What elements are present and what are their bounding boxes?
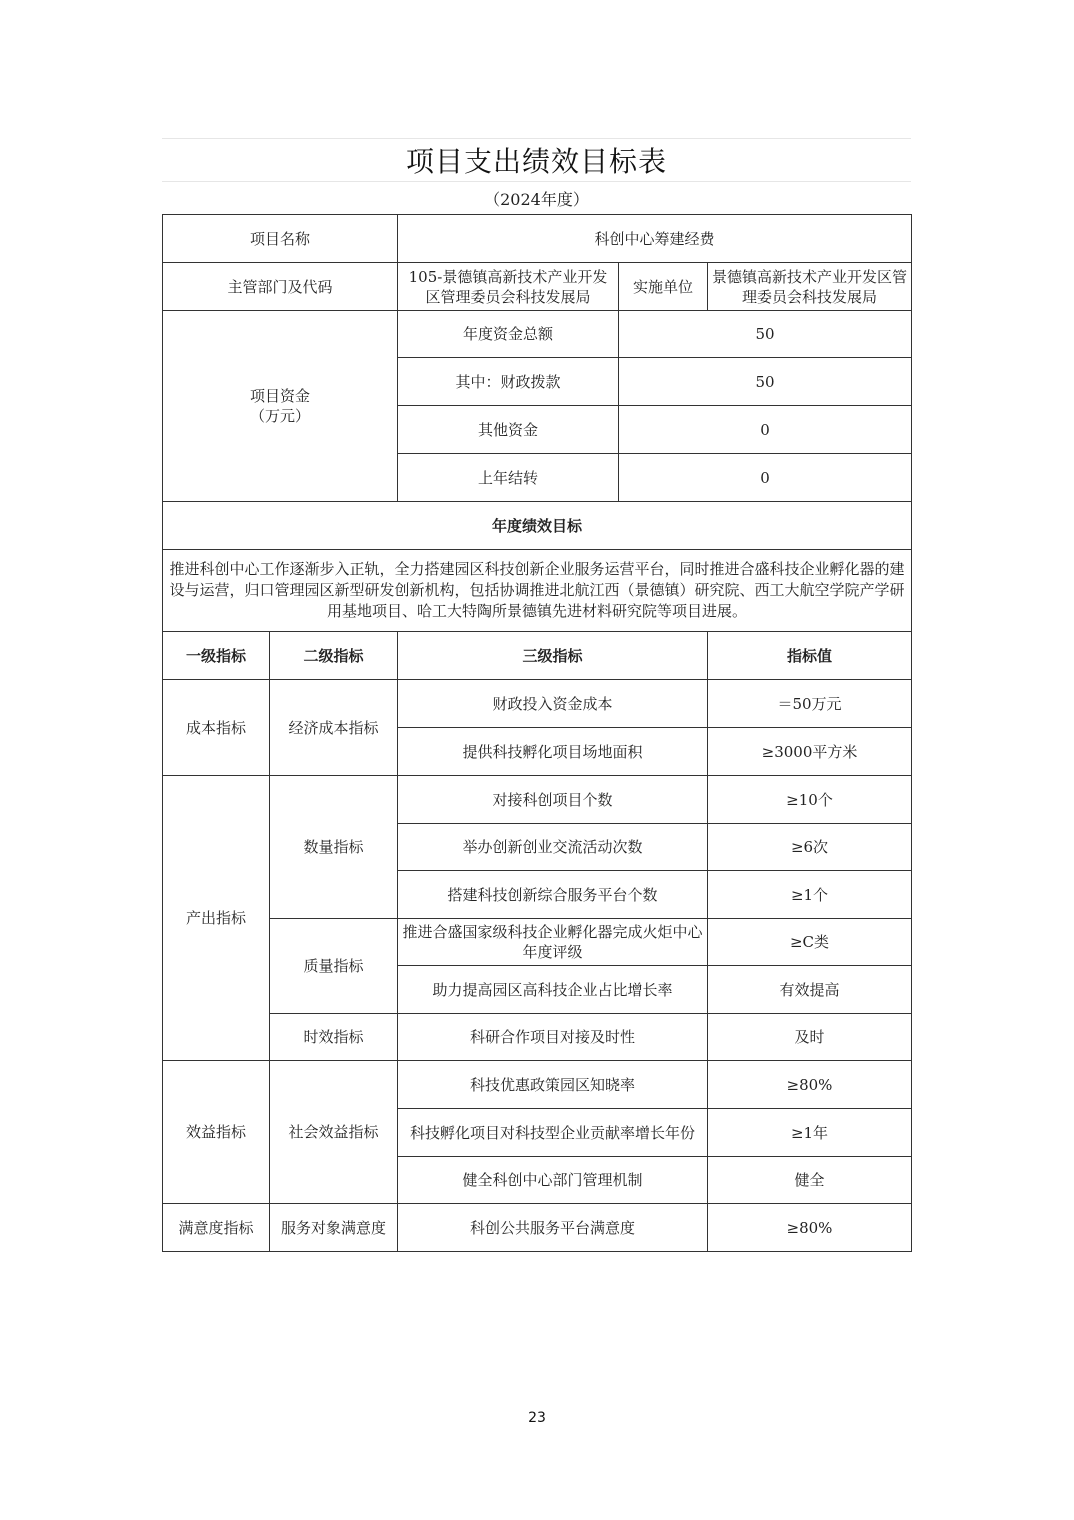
level3-name: 推进合盛国家级科技企业孵化器完成火炬中心年度评级	[398, 919, 708, 966]
level3-name: 举办创新创业交流活动次数	[398, 824, 708, 871]
indicator-value: ≥1个	[708, 871, 912, 919]
department-row: 主管部门及代码 105-景德镇高新技术产业开发区管理委员会科技发展局 实施单位 …	[163, 263, 912, 311]
level2-service-satisfaction: 服务对象满意度	[270, 1204, 398, 1252]
page-title: 项目支出绩效目标表	[162, 138, 911, 181]
implementing-unit-value: 景德镇高新技术产业开发区管理委员会科技发展局	[708, 263, 912, 311]
fund-value: 50	[619, 311, 912, 358]
level1-satisfaction: 满意度指标	[163, 1204, 270, 1252]
level3-name: 搭建科技创新综合服务平台个数	[398, 871, 708, 919]
indicator-value: ≥80%	[708, 1204, 912, 1252]
header-level1: 一级指标	[163, 632, 270, 680]
level3-name: 科创公共服务平台满意度	[398, 1204, 708, 1252]
indicator-value: ≥C类	[708, 919, 912, 966]
header-level2: 二级指标	[270, 632, 398, 680]
project-funds-label: 项目资金 （万元）	[163, 311, 398, 502]
level3-name: 财政投入资金成本	[398, 680, 708, 728]
indicator-value: 有效提高	[708, 966, 912, 1014]
project-name-value: 科创中心筹建经费	[398, 215, 912, 263]
indicator-value: ＝50万元	[708, 680, 912, 728]
annual-goal-text-row: 推进科创中心工作逐渐步入正轨，全力搭建园区科技创新企业服务运营平台，同时推进合盛…	[163, 550, 912, 632]
level2-timeliness: 时效指标	[270, 1014, 398, 1061]
level2-economic-cost: 经济成本指标	[270, 680, 398, 776]
fund-label: 年度资金总额	[398, 311, 619, 358]
indicator-value: 及时	[708, 1014, 912, 1061]
annual-goal-label: 年度绩效目标	[163, 502, 912, 550]
level3-name: 科技优惠政策园区知晓率	[398, 1061, 708, 1109]
indicator-value: ≥6次	[708, 824, 912, 871]
project-name-row: 项目名称 科创中心筹建经费	[163, 215, 912, 263]
level3-name: 对接科创项目个数	[398, 776, 708, 824]
indicator-value: ≥1年	[708, 1109, 912, 1157]
department-value: 105-景德镇高新技术产业开发区管理委员会科技发展局	[398, 263, 619, 311]
table-row: 成本指标 经济成本指标 财政投入资金成本 ＝50万元	[163, 680, 912, 728]
fund-row: 项目资金 （万元） 年度资金总额 50	[163, 311, 912, 358]
level3-name: 提供科技孵化项目场地面积	[398, 728, 708, 776]
table-row: 满意度指标 服务对象满意度 科创公共服务平台满意度 ≥80%	[163, 1204, 912, 1252]
implementing-unit-label: 实施单位	[619, 263, 708, 311]
fund-value: 50	[619, 358, 912, 406]
indicators-header-row: 一级指标 二级指标 三级指标 指标值	[163, 632, 912, 680]
indicator-value: 健全	[708, 1157, 912, 1204]
project-info-table: 项目名称 科创中心筹建经费 主管部门及代码 105-景德镇高新技术产业开发区管理…	[162, 214, 912, 632]
annual-goal-header-row: 年度绩效目标	[163, 502, 912, 550]
project-name-label: 项目名称	[163, 215, 398, 263]
indicator-value: ≥80%	[708, 1061, 912, 1109]
indicator-value: ≥3000平方米	[708, 728, 912, 776]
fund-value: 0	[619, 406, 912, 454]
level2-quantity: 数量指标	[270, 776, 398, 919]
page-subtitle: （2024年度）	[162, 181, 911, 214]
fund-label: 上年结转	[398, 454, 619, 502]
level2-quality: 质量指标	[270, 919, 398, 1014]
indicators-table: 一级指标 二级指标 三级指标 指标值 成本指标 经济成本指标 财政投入资金成本 …	[162, 631, 912, 1252]
header-level3: 三级指标	[398, 632, 708, 680]
table-row: 质量指标 推进合盛国家级科技企业孵化器完成火炬中心年度评级 ≥C类	[163, 919, 912, 966]
level1-output: 产出指标	[163, 776, 270, 1061]
project-funds-unit: （万元）	[167, 406, 393, 426]
level3-name: 科研合作项目对接及时性	[398, 1014, 708, 1061]
level3-name: 健全科创中心部门管理机制	[398, 1157, 708, 1204]
project-funds-title: 项目资金	[167, 386, 393, 406]
level1-cost: 成本指标	[163, 680, 270, 776]
fund-label: 其中：财政拨款	[398, 358, 619, 406]
level1-benefit: 效益指标	[163, 1061, 270, 1204]
indicator-value: ≥10个	[708, 776, 912, 824]
fund-value: 0	[619, 454, 912, 502]
page-number: 23	[0, 1410, 1074, 1426]
department-label: 主管部门及代码	[163, 263, 398, 311]
header-value: 指标值	[708, 632, 912, 680]
table-row: 产出指标 数量指标 对接科创项目个数 ≥10个	[163, 776, 912, 824]
level2-social-benefit: 社会效益指标	[270, 1061, 398, 1204]
level3-name: 助力提高园区高科技企业占比增长率	[398, 966, 708, 1014]
fund-label: 其他资金	[398, 406, 619, 454]
table-row: 时效指标 科研合作项目对接及时性 及时	[163, 1014, 912, 1061]
performance-target-sheet: 项目支出绩效目标表 （2024年度） 项目名称 科创中心筹建经费 主管部门及代码…	[162, 138, 911, 1252]
annual-goal-text: 推进科创中心工作逐渐步入正轨，全力搭建园区科技创新企业服务运营平台，同时推进合盛…	[163, 550, 912, 632]
table-row: 效益指标 社会效益指标 科技优惠政策园区知晓率 ≥80%	[163, 1061, 912, 1109]
level3-name: 科技孵化项目对科技型企业贡献率增长年份	[398, 1109, 708, 1157]
